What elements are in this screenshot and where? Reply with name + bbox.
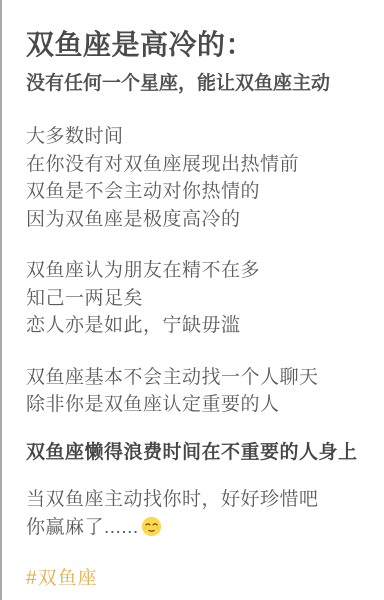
text-line: 知己一两足矣 (26, 285, 368, 313)
text-line: 当双鱼座主动找你时，好好珍惜吧 (26, 486, 368, 514)
text-line: 双鱼是不会主动对你热情的 (26, 178, 368, 206)
post-card: 双鱼座是高冷的： 没有任何一个星座，能让双鱼座主动 大多数时间 在你没有对双鱼座… (0, 0, 384, 600)
hashtag-pisces[interactable]: #双鱼座 (26, 567, 98, 591)
relieved-face-emoji (141, 516, 162, 537)
text-line: 你赢麻了...... (26, 514, 368, 542)
text-segment: 你赢麻了...... (26, 517, 139, 538)
text-line: 因为双鱼座是极度高冷的 (26, 206, 368, 234)
post-title: 双鱼座是高冷的： (26, 28, 368, 62)
paragraph-2: 双鱼座认为朋友在精不在多 知己一两足矣 恋人亦是如此，宁缺毋滥 (26, 257, 368, 340)
paragraph-3: 双鱼座基本不会主动找一个人聊天 除非你是双鱼座认定重要的人 (26, 364, 368, 419)
text-line: 大多数时间 (26, 123, 368, 151)
text-line: 双鱼座基本不会主动找一个人聊天 (26, 364, 368, 392)
text-line: 双鱼座认为朋友在精不在多 (26, 257, 368, 285)
paragraph-5: 当双鱼座主动找你时，好好珍惜吧 你赢麻了...... (26, 486, 368, 541)
post-subtitle: 没有任何一个星座，能让双鱼座主动 (26, 70, 368, 97)
text-line: 双鱼座懒得浪费时间在不重要的人身上 (26, 439, 368, 467)
paragraph-1: 大多数时间 在你没有对双鱼座展现出热情前 双鱼是不会主动对你热情的 因为双鱼座是… (26, 123, 368, 233)
text-line: 在你没有对双鱼座展现出热情前 (26, 151, 368, 179)
text-line: 恋人亦是如此，宁缺毋滥 (26, 312, 368, 340)
paragraph-4-emphasis: 双鱼座懒得浪费时间在不重要的人身上 (26, 439, 368, 467)
text-line: 除非你是双鱼座认定重要的人 (26, 391, 368, 419)
